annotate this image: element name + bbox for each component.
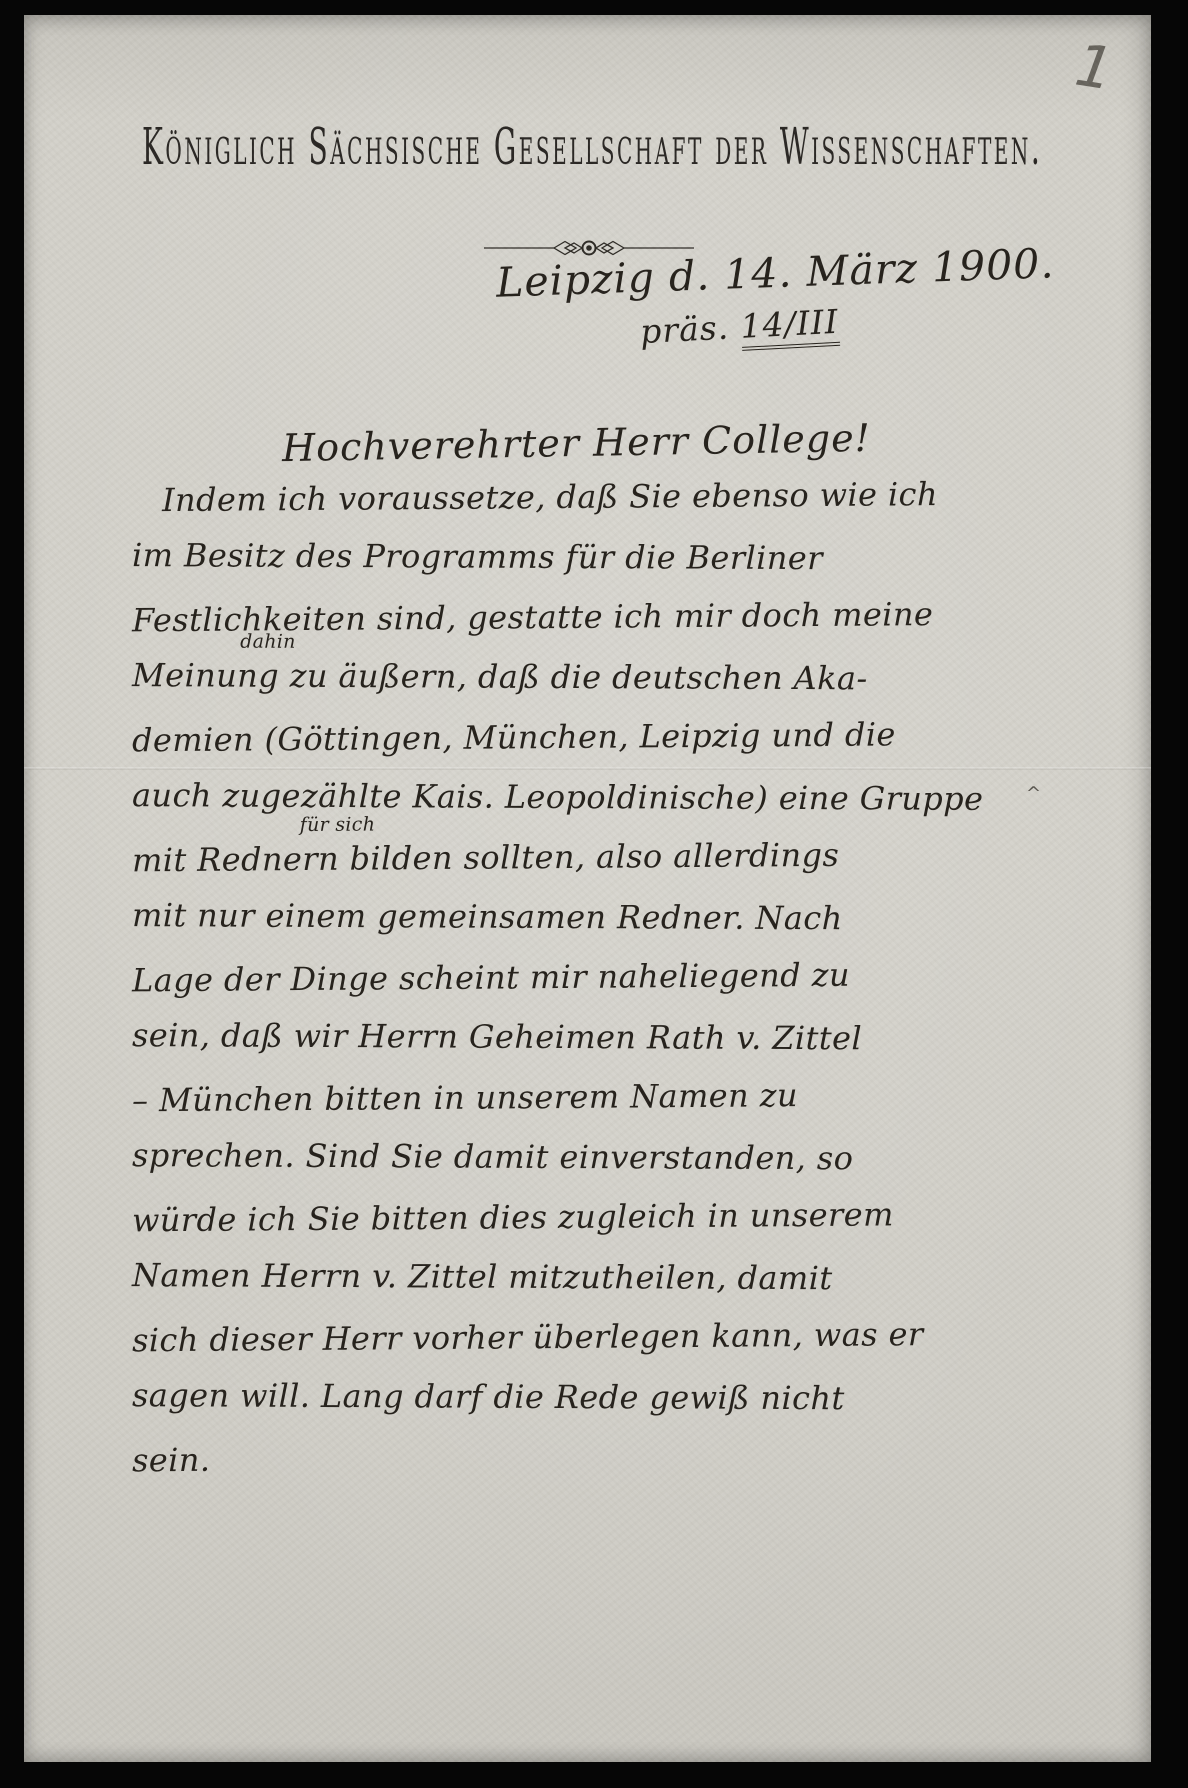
manuscript-line-2: im Besitz des Programms für die Berliner — [132, 525, 992, 589]
margin-tick-mark: ^ — [1026, 783, 1041, 804]
presentation-note-date: 14/III — [739, 302, 839, 351]
manuscript-line-10: sein, daß wir Herrn Geheimen Rath v. Zit… — [132, 1005, 992, 1069]
manuscript-line-14: Namen Herrn v. Zittel mitzutheilen, dami… — [132, 1245, 992, 1309]
manuscript-line-16: sagen will. Lang darf die Rede gewiß nic… — [132, 1365, 992, 1429]
manuscript-line-1: Indem ich voraussetze, daß Sie ebenso wi… — [132, 464, 992, 531]
interline-insertion-fuer-sich: für sich — [300, 815, 376, 835]
manuscript-line-4: Meinung zu äußern, daß die deutschen Aka… — [132, 645, 992, 709]
manuscript-line-17: sein. — [132, 1424, 992, 1491]
manuscript-line-11: – München bitten in unserem Namen zu — [132, 1064, 992, 1131]
interline-insertion-dahin: dahin — [240, 633, 296, 652]
letterhead-society-name: Königlich Sächsische Gesellschaft der Wi… — [142, 117, 892, 176]
manuscript-line-13: würde ich Sie bitten dies zugleich in un… — [132, 1184, 992, 1251]
pencil-page-number: 1 — [1071, 31, 1118, 104]
manuscript-line-15: sich dieser Herr vorher überlegen kann, … — [132, 1304, 992, 1371]
presentation-note-prefix: präs. — [639, 308, 730, 352]
letter-page: 1 Königlich Sächsische Gesellschaft der … — [24, 15, 1151, 1762]
manuscript-line-7: mit Rednern bilden sollten, also allerdi… — [132, 824, 992, 891]
manuscript-line-8: mit nur einem gemeinsamen Redner. Nach — [132, 885, 992, 949]
scanned-letter: 1 Königlich Sächsische Gesellschaft der … — [0, 0, 1188, 1788]
manuscript-line-5: demien (Göttingen, München, Leipzig und … — [132, 704, 992, 771]
manuscript-line-6: auch zugezählte Kais. Leopoldinische) ei… — [132, 765, 992, 829]
manuscript-body: Indem ich voraussetze, daß Sie ebenso wi… — [132, 467, 992, 1487]
manuscript-line-12: sprechen. Sind Sie damit einverstanden, … — [132, 1125, 992, 1189]
salutation-line: Hochverehrter Herr College! — [282, 416, 872, 470]
presentation-note: präs. 14/III — [639, 302, 839, 351]
manuscript-line-9: Lage der Dinge scheint mir naheliegend z… — [132, 944, 992, 1011]
